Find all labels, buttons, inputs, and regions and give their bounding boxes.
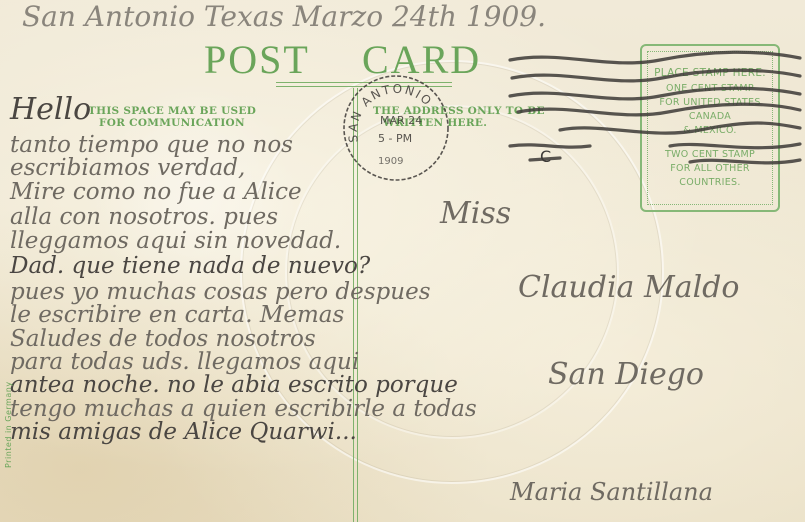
message-line: lleggamos aqui sin novedad. [10, 228, 341, 254]
signature: Maria Santillana [510, 478, 713, 506]
handwritten-date-line: San Antonio Texas Marzo 24th 1909. [22, 0, 546, 33]
postmark-date: MAR 24 [380, 114, 422, 127]
cancellation-letter: C [540, 147, 551, 166]
message-line: antea noche. no le abia escrito porque [10, 372, 458, 398]
address-recipient-name: Claudia Maldo [518, 270, 739, 305]
address-salutation: Miss [440, 196, 511, 231]
message-line: mis amigas de Alice Quarwi... [10, 419, 357, 445]
postmark-year: 1909 [378, 156, 403, 167]
postcard-back: POST CARD THIS SPACE MAY BE USED FOR COM… [0, 0, 805, 522]
postmark-time: 5 - PM [378, 132, 412, 145]
message-line: Mire como no fue a Alice [10, 179, 302, 205]
title-post: POST [204, 36, 310, 83]
message-line: alla con nosotros. pues [10, 204, 278, 230]
communication-caption-line2: FOR COMMUNICATION [99, 118, 245, 129]
postmark: SAN ANTONIO MAR 24 5 - PM 1909 [340, 72, 452, 184]
printer-imprint: Printed in Germany [4, 381, 13, 468]
address-city: San Diego [548, 357, 704, 392]
message-line: le escribire en carta. Memas [10, 302, 344, 328]
cancellation-wavy-lines: C [500, 50, 805, 220]
message-line: Dad. que tiene nada de nuevo? [10, 253, 370, 279]
message-line: escribiamos verdad, [10, 155, 245, 181]
message-line: Hello [10, 92, 91, 127]
communication-caption-line1: THIS SPACE MAY BE USED [88, 106, 256, 117]
